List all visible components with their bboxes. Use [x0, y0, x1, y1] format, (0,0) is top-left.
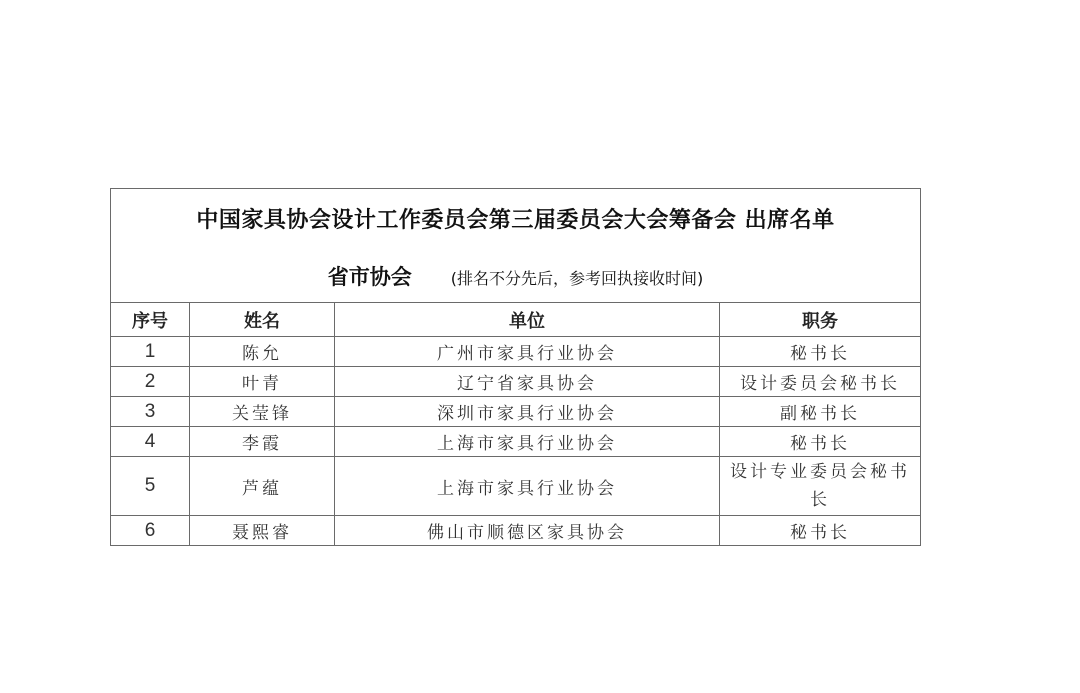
header-role: 职务: [720, 303, 921, 337]
row-number: 4: [111, 427, 190, 457]
row-unit: 上海市家具行业协会: [335, 427, 720, 457]
row-name: 芦蕴: [190, 457, 335, 516]
row-number: 3: [111, 397, 190, 427]
row-role: 秘书长: [720, 516, 921, 546]
row-unit: 辽宁省家具协会: [335, 367, 720, 397]
row-unit: 广州市家具行业协会: [335, 337, 720, 367]
header-unit: 单位: [335, 303, 720, 337]
row-number: 6: [111, 516, 190, 546]
table-row: 6 聂熙睿 佛山市顺德区家具协会 秘书长: [111, 516, 921, 546]
row-unit: 深圳市家具行业协会: [335, 397, 720, 427]
row-number: 1: [111, 337, 190, 367]
row-role: 设计专业委员会秘书长: [720, 457, 921, 516]
row-name: 李霞: [190, 427, 335, 457]
header-name: 姓名: [190, 303, 335, 337]
document-title: 中国家具协会设计工作委员会第三届委员会大会筹备会 出席名单: [111, 203, 920, 234]
row-name: 陈允: [190, 337, 335, 367]
row-name: 叶青: [190, 367, 335, 397]
title-subline: 省市协会 (排名不分先后，参考回执接收时间): [111, 261, 920, 291]
title-cell: 中国家具协会设计工作委员会第三届委员会大会筹备会 出席名单 省市协会 (排名不分…: [111, 189, 921, 303]
table-row: 3 关莹锋 深圳市家具行业协会 副秘书长: [111, 397, 921, 427]
table-row: 4 李霞 上海市家具行业协会 秘书长: [111, 427, 921, 457]
row-name: 关莹锋: [190, 397, 335, 427]
row-number: 5: [111, 457, 190, 516]
row-unit: 佛山市顺德区家具协会: [335, 516, 720, 546]
attendance-table: 中国家具协会设计工作委员会第三届委员会大会筹备会 出席名单 省市协会 (排名不分…: [110, 188, 921, 546]
row-role: 副秘书长: [720, 397, 921, 427]
header-number: 序号: [111, 303, 190, 337]
row-role: 设计委员会秘书长: [720, 367, 921, 397]
ordering-note: (排名不分先后，参考回执接收时间): [451, 269, 704, 288]
table-row: 5 芦蕴 上海市家具行业协会 设计专业委员会秘书长: [111, 457, 921, 516]
row-role: 秘书长: [720, 427, 921, 457]
table-row: 1 陈允 广州市家具行业协会 秘书长: [111, 337, 921, 367]
title-row: 中国家具协会设计工作委员会第三届委员会大会筹备会 出席名单 省市协会 (排名不分…: [111, 189, 921, 303]
row-name: 聂熙睿: [190, 516, 335, 546]
row-role: 秘书长: [720, 337, 921, 367]
row-unit: 上海市家具行业协会: [335, 457, 720, 516]
row-number: 2: [111, 367, 190, 397]
column-header-row: 序号 姓名 单位 职务: [111, 303, 921, 337]
table-row: 2 叶青 辽宁省家具协会 设计委员会秘书长: [111, 367, 921, 397]
category-label: 省市协会: [328, 265, 412, 289]
